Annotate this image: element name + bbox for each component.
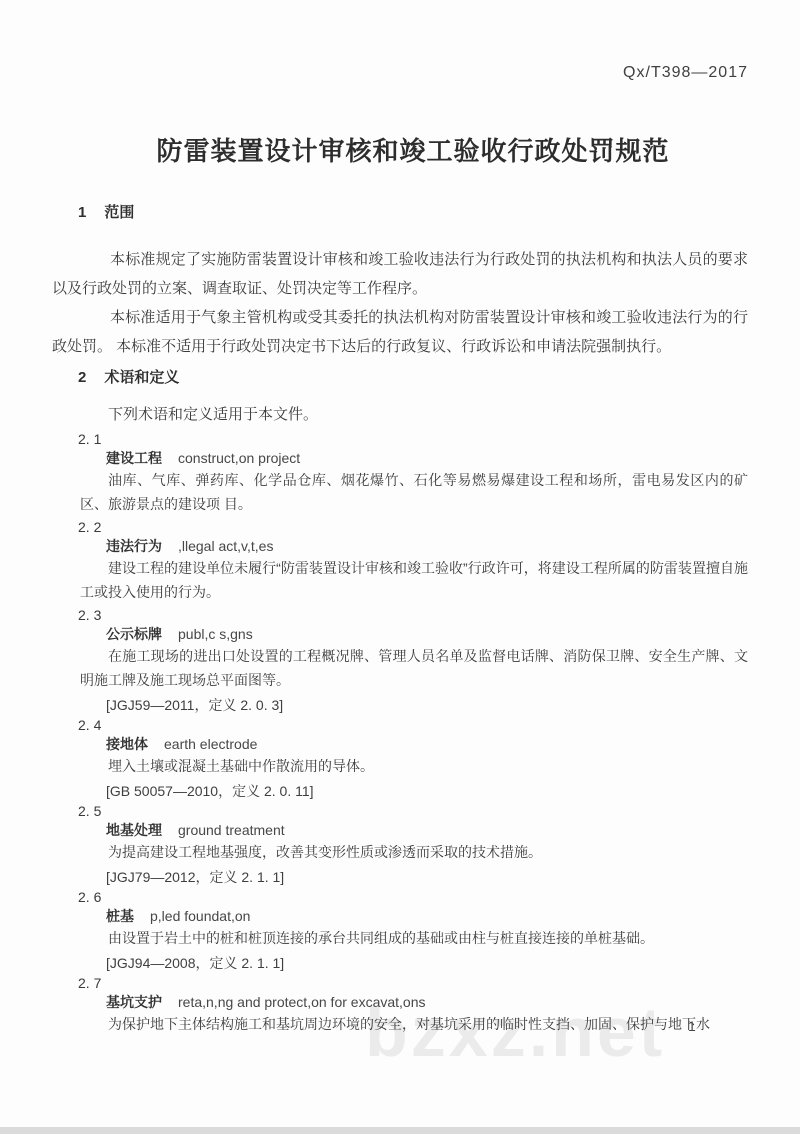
term-line: 地基处理ground treatment — [78, 820, 748, 840]
standard-code: Qx/T398—2017 — [78, 64, 748, 82]
term-name-zh: 桩基 — [106, 908, 134, 924]
term-line: 建设工程construct,on project — [78, 448, 748, 468]
term-name-zh: 地基处理 — [106, 822, 162, 838]
section-1-number: 1 — [78, 202, 86, 223]
term-name-en: publ,c s,gns — [178, 626, 253, 642]
page-number: 1 — [688, 1018, 696, 1034]
section-1-title: 范围 — [104, 204, 134, 221]
term-id: 2. 4 — [78, 716, 748, 734]
term-definition: 为提高建设工程地基强度，改善其变形性质或渗透而采取的技术措施。 — [80, 840, 748, 864]
scan-edge-strip — [0, 1127, 800, 1134]
term-name-en: earth electrode — [164, 736, 257, 752]
term-block-2-4: 2. 4 接地体earth electrode 埋入土壤或混凝土基础中作散流用的… — [78, 716, 748, 800]
terms-list: 2. 1 建设工程construct,on project 油库、气库、弹药库、… — [78, 430, 748, 1036]
term-id: 2. 1 — [78, 430, 748, 448]
terms-intro: 下列术语和定义适用于本文件。 — [78, 404, 748, 426]
term-id: 2. 3 — [78, 606, 748, 624]
term-name-en: ,llegal act,v,t,es — [178, 538, 273, 554]
term-id: 2. 2 — [78, 518, 748, 536]
term-id: 2. 7 — [78, 974, 748, 992]
term-block-2-7: 2. 7 基坑支护reta,n,ng and protect,on for ex… — [78, 974, 748, 1036]
term-line: 桩基p,led foundat,on — [78, 906, 748, 926]
term-definition: 油库、气库、弹药库、化学品仓库、烟花爆竹、石化等易燃易爆建设工程和场所，雷电易发… — [80, 468, 748, 516]
term-line: 违法行为,llegal act,v,t,es — [78, 536, 748, 556]
term-block-2-2: 2. 2 违法行为,llegal act,v,t,es 建设工程的建设单位未履行… — [78, 518, 748, 604]
term-id: 2. 6 — [78, 888, 748, 906]
page-content: Qx/T398—2017 防雷装置设计审核和竣工验收行政处罚规范 1范围 本标准… — [0, 0, 800, 1036]
document-title: 防雷装置设计审核和竣工验收行政处罚规范 — [78, 134, 748, 168]
term-block-2-5: 2. 5 地基处理ground treatment 为提高建设工程地基强度，改善… — [78, 802, 748, 886]
term-line: 基坑支护reta,n,ng and protect,on for excavat… — [78, 992, 748, 1012]
section-1-heading: 1范围 — [78, 202, 748, 223]
section-2-heading: 2术语和定义 — [78, 367, 748, 388]
term-name-zh: 建设工程 — [106, 450, 162, 466]
term-name-en: construct,on project — [178, 450, 300, 466]
term-block-2-6: 2. 6 桩基p,led foundat,on 由设置于岩土中的桩和桩顶连接的承… — [78, 888, 748, 972]
term-name-zh: 接地体 — [106, 736, 148, 752]
term-definition: 在施工现场的进出口处设置的工程概况牌、管理人员名单及监督电话牌、消防保卫牌、安全… — [80, 644, 748, 692]
scope-paragraph-2: 本标准适用于气象主管机构或受其委托的执法机构对防雷装置设计审核和竣工验收违法行为… — [52, 303, 748, 361]
term-name-en: ground treatment — [178, 822, 285, 838]
term-name-zh: 公示标牌 — [106, 626, 162, 642]
term-source: [JGJ79—2012，定义 2. 1. 1] — [78, 868, 748, 886]
term-line: 公示标牌publ,c s,gns — [78, 624, 748, 644]
document-page: bzxz.net Qx/T398—2017 防雷装置设计审核和竣工验收行政处罚规… — [0, 0, 800, 1134]
term-definition: 由设置于岩土中的桩和桩顶连接的承台共同组成的基础或由柱与桩直接连接的单桩基础。 — [80, 926, 748, 950]
term-line: 接地体earth electrode — [78, 734, 748, 754]
term-name-en: reta,n,ng and protect,on for excavat,ons — [178, 994, 426, 1010]
scope-paragraph-1: 本标准规定了实施防雷装置设计审核和竣工验收违法行为行政处罚的执法机构和执法人员的… — [52, 245, 748, 303]
term-definition: 建设工程的建设单位未履行“防雷装置设计审核和竣工验收”行政许可，将建设工程所属的… — [80, 556, 748, 604]
term-name-zh: 违法行为 — [106, 538, 162, 554]
term-source: [GB 50057—2010，定义 2. 0. 11] — [78, 782, 748, 800]
term-definition: 为保护地下主体结构施工和基坑周边环境的安全，对基坑采用的临时性支挡、加固、保护与… — [80, 1012, 748, 1036]
term-block-2-1: 2. 1 建设工程construct,on project 油库、气库、弹药库、… — [78, 430, 748, 516]
term-name-en: p,led foundat,on — [150, 908, 250, 924]
term-block-2-3: 2. 3 公示标牌publ,c s,gns 在施工现场的进出口处设置的工程概况牌… — [78, 606, 748, 714]
section-2-number: 2 — [78, 367, 86, 388]
term-id: 2. 5 — [78, 802, 748, 820]
section-2-title: 术语和定义 — [104, 369, 179, 386]
term-definition: 埋入土壤或混凝土基础中作散流用的导体。 — [80, 754, 748, 778]
term-name-zh: 基坑支护 — [106, 994, 162, 1010]
term-source: [JGJ94—2008，定义 2. 1. 1] — [78, 954, 748, 972]
term-source: [JGJ59—2011，定义 2. 0. 3] — [78, 696, 748, 714]
